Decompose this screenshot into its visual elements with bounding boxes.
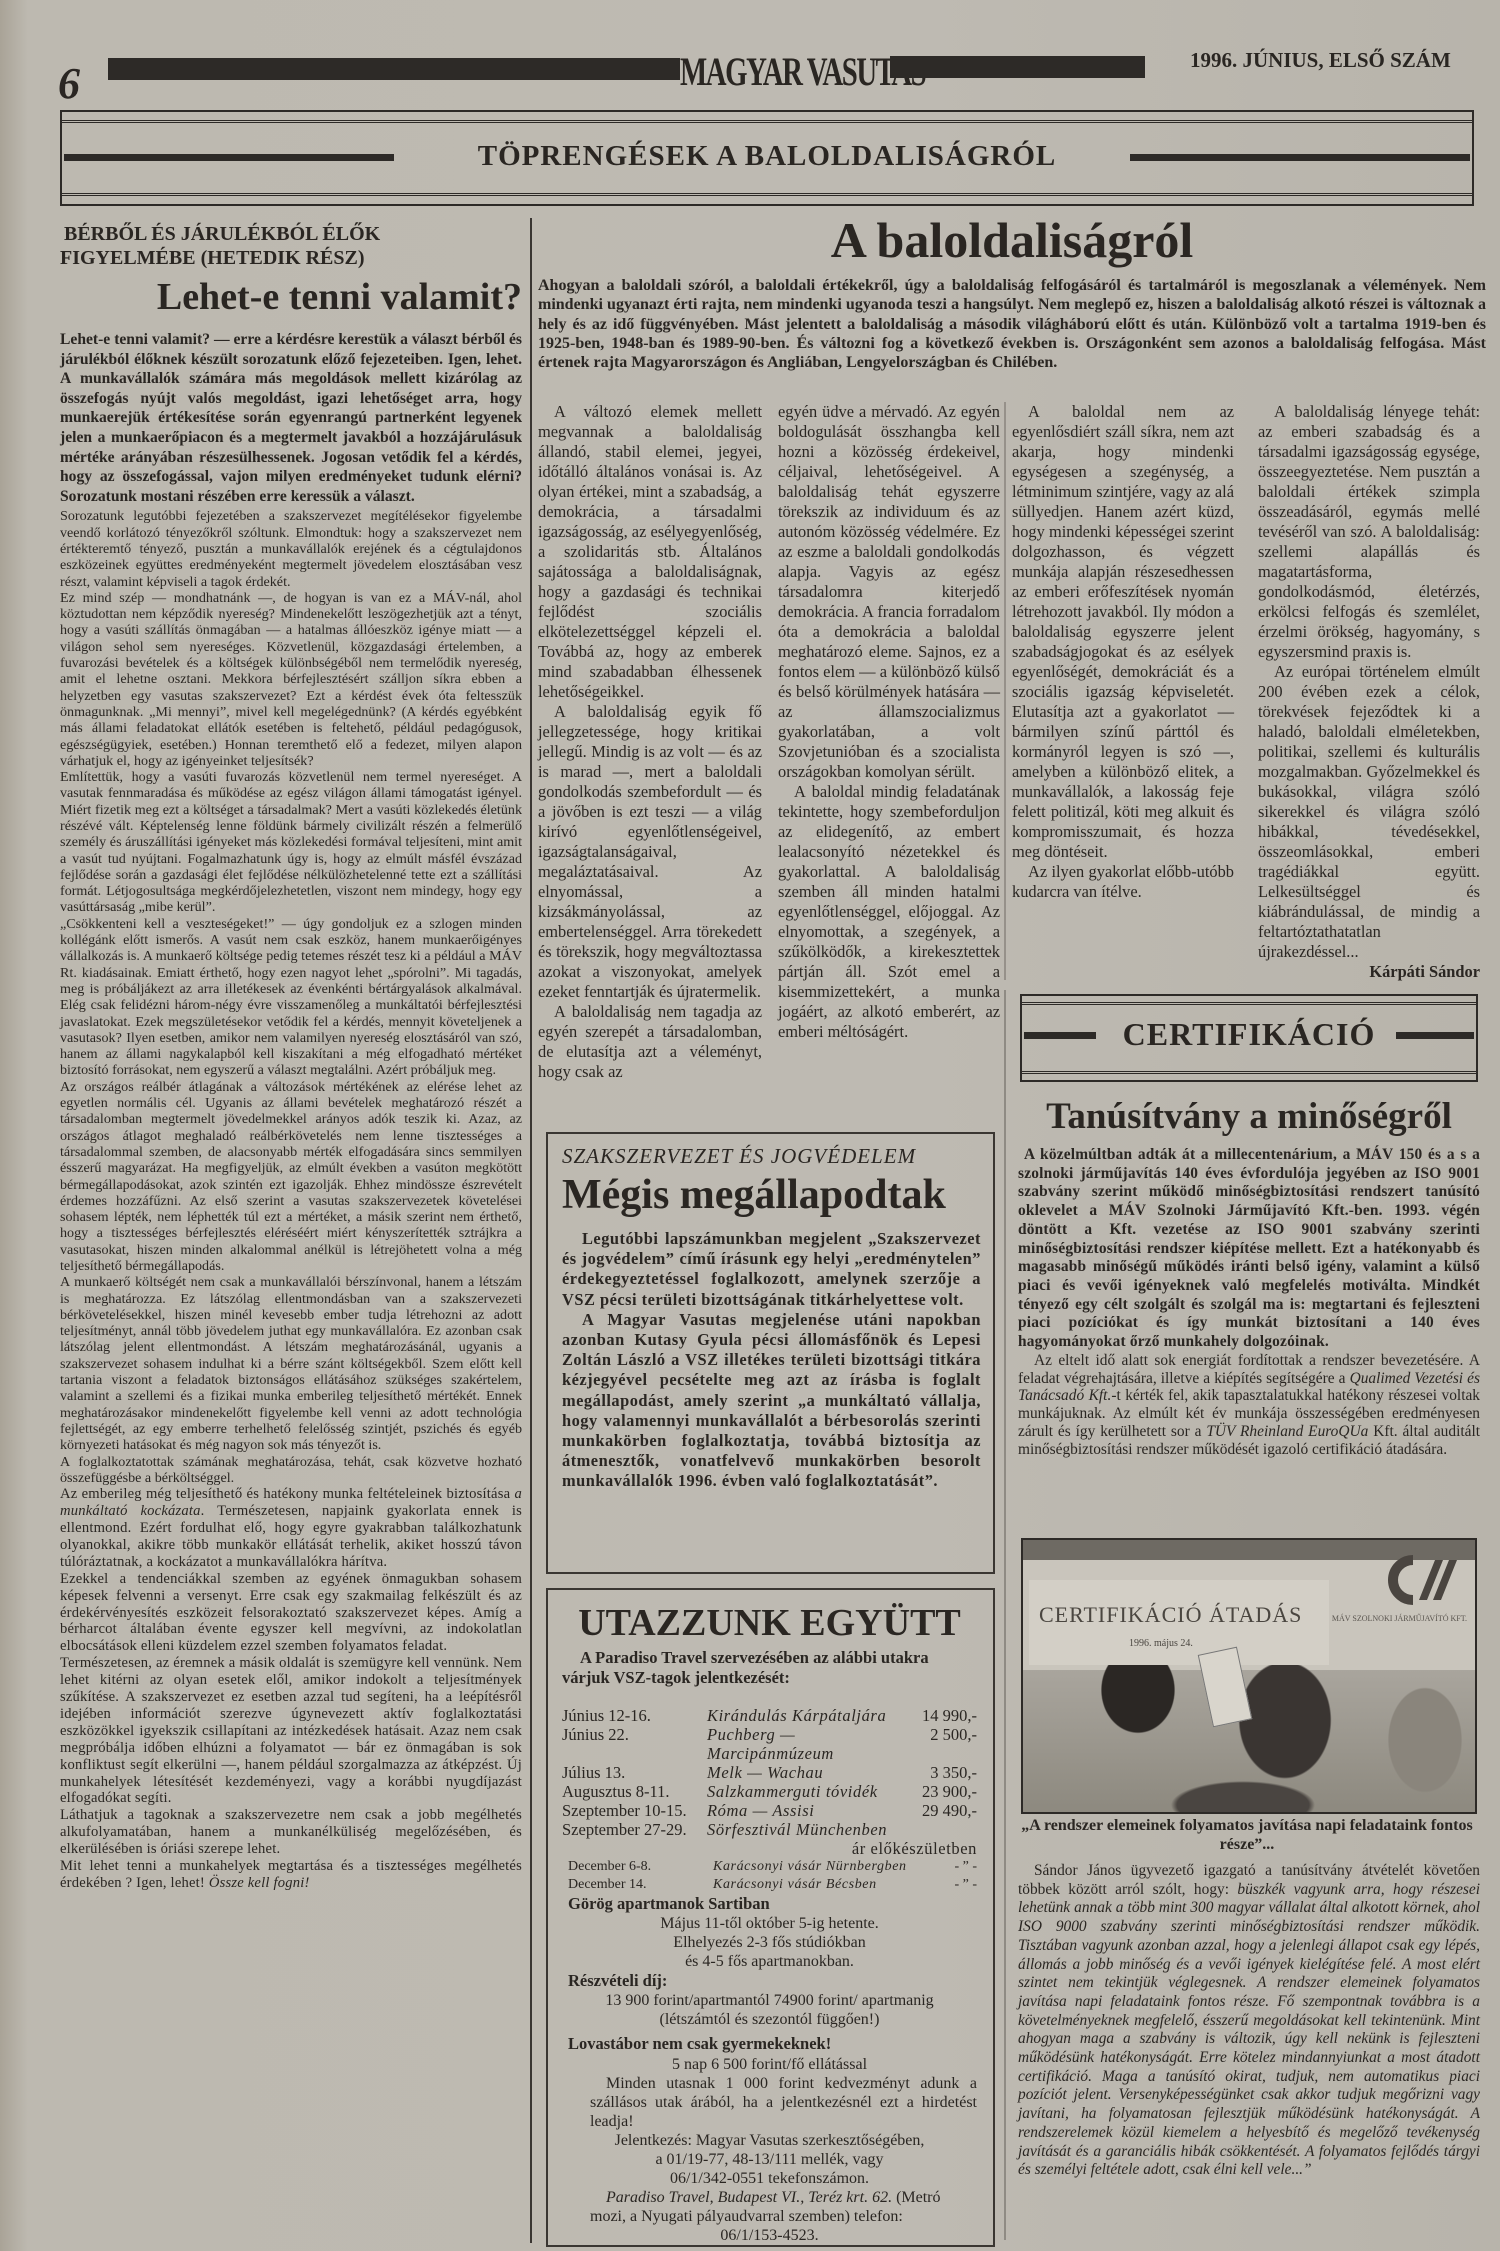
trip-date: Június 22. [562,1725,707,1763]
paragraph: A baloldaliság lényege tehát: az emberi … [1258,402,1480,662]
trip-row: Június 22. Puchberg — Marcipánmúzeum 2 5… [562,1725,977,1763]
travel-intro: A Paradiso Travel szervezésében az alább… [562,1648,977,1688]
detail-line: 13 900 forint/apartmantól 74900 forint/ … [562,1991,977,2010]
fee-title: Részvételi díj: [562,1971,977,1991]
paragraph: Az emberileg még teljesíthető és hatékon… [60,1486,522,1571]
quote: büszkék vagyunk arra, hogy részesei lehe… [1018,1881,1480,2179]
trip-row: December 14. Karácsonyi vásár Bécsben - … [562,1876,977,1894]
article-body: Sorozatunk legutóbbi fejezetében a szaks… [60,508,522,1486]
trip-name: Kirándulás Kárpátaljára [707,1706,912,1725]
detail-line: (létszámtól és szezontól függően!) [562,2010,977,2029]
contact-line: Jelentkezés: Magyar Vasutas szerkesztősé… [562,2131,977,2150]
paragraph: A foglalkoztatottak számának meghatározá… [60,1454,522,1487]
paragraph: A Magyar Vasutas megjelenése utáni napok… [562,1310,981,1492]
trip-price: 14 990,- [912,1706,977,1725]
greek-details: Május 11-től október 5-ig hetente. Elhel… [562,1914,977,1971]
ceremony-photo: CERTIFIKÁCIÓ ÁTADÁS 1996. május 24. MÁV … [1021,1538,1477,1814]
address: Paradiso Travel, Budapest VI., Teréz krt… [562,2188,977,2226]
trip-date: December 6-8. [568,1858,713,1876]
trip-row: Július 13. Melk — Wachau 3 350,- [562,1763,977,1782]
main-column-4: A baloldaliság lényege tehát: az emberi … [1258,402,1480,982]
contact: Jelentkezés: Magyar Vasutas szerkesztősé… [562,2131,977,2188]
trip-row: Augusztus 8-11. Salzkammerguti tóvidék 2… [562,1782,977,1801]
main-column-3: A baloldal nem az egyenlősdiért száll sí… [1012,402,1234,902]
article-lead: Lehet-e tenni valamit? — erre a kérdésre… [60,330,522,506]
trip-row: Június 12-16. Kirándulás Kárpátaljára 14… [562,1706,977,1725]
article-headline: Lehet-e tenni valamit? [60,274,522,320]
paragraph: Az ilyen gyakorlat előbb-utóbb kudarcra … [1012,862,1234,902]
sign-date: 1996. május 24. [1129,1638,1193,1649]
trip-date: December 14. [568,1876,713,1894]
paragraph: A baloldal nem az egyenlősdiért száll sí… [1012,402,1234,862]
banner-rule-right [1396,1032,1474,1039]
company-name: TÜV Rheinland EuroQUa [1206,1423,1368,1440]
detail-line: Elhelyezés 2-3 fős stúdiókban [562,1933,977,1952]
main-column-2: egyén üdve a mérvadó. Az egyén boldogulá… [778,402,1000,1042]
photo-caption: „A rendszer elemeinek folyamatos javítás… [1020,1816,1474,1854]
paragraph: A baloldaliság nem tagadja az egyén szer… [538,1002,762,1082]
trip-date: Augusztus 8-11. [562,1782,707,1801]
travel-box: UTAZZUNK EGYÜTT A Paradiso Travel szerve… [546,1588,995,2247]
issue-date: 1996. JÚNIUS, ELSŐ SZÁM [1190,48,1451,73]
detail-line: Május 11-től október 5-ig hetente. [562,1914,977,1933]
box-body: Legutóbbi lapszámunkban megjelent „Szaks… [562,1229,981,1492]
main-article: A baloldaliságról Ahogyan a baloldali sz… [538,210,1486,372]
paragraph: Ezekkel a tendenciákkal szemben az egyén… [60,1571,522,1656]
paragraph: Természetesen, az éremnek a másik oldalá… [60,1655,522,1807]
article-body-continued: Az emberileg még teljesíthető és hatékon… [60,1486,522,1892]
banner-rule-right [1130,154,1470,161]
masthead-title: MAGYAR VASUTAS [680,48,925,95]
cert-article: Tanúsítvány a minőségről A közelmúltban … [1018,1094,1480,1459]
trip-price: 3 350,- [912,1763,977,1782]
horse-camp-title: Lovastábor nem csak gyermekeknek! [562,2033,977,2055]
cert-quote: Sándor János ügyvezető igazgató a tanúsí… [1018,1862,1480,2180]
paragraph: Láthatjuk a tagoknak a szakszervezetre n… [60,1807,522,1858]
newspaper-page: 6 MAGYAR VASUTAS 1996. JÚNIUS, ELSŐ SZÁM… [0,0,1500,2251]
trip-date: Július 13. [562,1763,707,1782]
trip-name: Sörfesztivál Münchenben [707,1820,912,1839]
box-kicker: SZAKSZERVEZET ÉS JOGVÉDELEM [562,1144,981,1169]
photo-sign: CERTIFIKÁCIÓ ÁTADÁS 1996. május 24. [1029,1580,1329,1665]
paragraph: Az európai történelem elmúlt 200 évében … [1258,662,1480,962]
paragraph: A munkaerő költségét nem csak a munkavál… [60,1274,522,1453]
column-divider [530,218,532,2243]
trip-date: Június 12-16. [562,1706,707,1725]
trip-name: Karácsonyi vásár Nürnbergben [713,1858,912,1876]
emphasis: Össze kell fogni! [209,1875,310,1891]
trip-date: Szeptember 27-29. [562,1820,707,1839]
paragraph: A baloldaliság egyik fő jellegzetessége,… [538,702,762,1002]
phone-number: 06/1/153-4523. [562,2226,977,2245]
union-box: SZAKSZERVEZET ÉS JOGVÉDELEM Mégis megáll… [546,1132,995,1574]
trip-name: Karácsonyi vásár Bécsben [713,1876,912,1894]
column-divider [1004,402,1006,980]
price-pending-note: ár előkészületben [562,1839,977,1858]
text: Az emberileg még teljesíthető és hatékon… [60,1486,515,1502]
column-divider [1004,990,1006,2240]
fee-details: 13 900 forint/apartmantól 74900 forint/ … [562,1991,977,2029]
cert-banner: CERTIFIKÁCIÓ [1020,994,1478,1082]
travel-headline: UTAZZUNK EGYÜTT [562,1598,977,1648]
masthead-rule-right [890,56,1145,78]
trip-row: December 6-8. Karácsonyi vásár Nürnbergb… [562,1858,977,1876]
paragraph: egyén üdve a mérvadó. Az egyén boldogulá… [778,402,1000,782]
article-kicker-2: FIGYELMÉBE (HETEDIK RÉSZ) [60,246,522,270]
contact-line: 06/1/342-0551 tekefonszámon. [562,2169,977,2188]
paragraph: „Csökkenteni kell a veszteségeket!” — úg… [60,916,522,1079]
trip-price: 2 500,- [912,1725,977,1763]
box-headline: Mégis megállapodtak [562,1169,981,1221]
article-kicker-1: BÉRBŐL ÉS JÁRULÉKBÓL ÉLŐK [60,222,522,246]
trip-date: Szeptember 10-15. [562,1801,707,1820]
sign-text: CERTIFIKÁCIÓ ÁTADÁS [1039,1602,1302,1628]
paragraph: A változó elemek mellett megvannak a bal… [538,402,762,702]
address-name: Paradiso Travel, Budapest VI., Teréz krt… [606,2189,892,2206]
logo-text: MÁV SZOLNOKI JÁRMŰJAVÍTÓ KFT. [1332,1614,1467,1624]
left-article: BÉRBŐL ÉS JÁRULÉKBÓL ÉLŐK FIGYELMÉBE (HE… [60,222,522,1892]
paragraph: Említettük, hogy a vasúti fuvarozás közv… [60,769,522,916]
author-signature: Kárpáti Sándor [1258,962,1480,982]
trip-name: Melk — Wachau [707,1763,912,1782]
detail-line: és 4-5 fős apartmanokban. [562,1952,977,1971]
trip-price: 29 490,- [912,1801,977,1820]
paragraph: Legutóbbi lapszámunkban megjelent „Szaks… [562,1229,981,1310]
paragraph: A baloldal mindig feladatának tekintette… [778,782,1000,1042]
trip-price: - ” - [912,1858,977,1876]
contact-line: a 01/19-77, 48-13/111 mellék, vagy [562,2150,977,2169]
trip-name: Salzkammerguti tóvidék [707,1782,912,1801]
trip-name: Róma — Assisi [707,1801,912,1820]
paragraph: Ez mind szép — mondhatnánk —, de hogyan … [60,590,522,769]
cert-paragraph: Az eltelt idő alatt sok energiát fordíto… [1018,1352,1480,1459]
trip-price: - ” - [912,1876,977,1894]
trip-row: Szeptember 10-15. Róma — Assisi 29 490,- [562,1801,977,1820]
mav-logo-icon [1383,1554,1461,1608]
paragraph: Az országos reálbér átlagának a változás… [60,1079,522,1275]
discount-note: Minden utasnak 1 000 forint kedvezményt … [562,2074,977,2131]
page-number: 6 [58,58,80,109]
horse-camp-line: 5 nap 6 500 forint/fő ellátással [562,2055,977,2074]
main-column-1: A változó elemek mellett megvannak a bal… [538,402,762,1082]
cert-headline: Tanúsítvány a minőségről [1018,1094,1480,1140]
greek-title: Görög apartmanok Sartiban [562,1894,977,1914]
paragraph: Mit lehet tenni a munkahelyek megtartása… [60,1858,522,1892]
trip-name: Puchberg — Marcipánmúzeum [707,1725,912,1763]
paragraph: Sorozatunk legutóbbi fejezetében a szaks… [60,508,522,589]
cert-lead: A közelmúltban adták át a millecentenári… [1018,1146,1480,1352]
main-lead: Ahogyan a baloldali szóról, a baloldali … [538,276,1486,372]
section-banner: TÖPRENGÉSEK A BALOLDALISÁGRÓL [60,110,1474,206]
trip-price: 23 900,- [912,1782,977,1801]
main-headline: A baloldaliságról [538,210,1486,270]
trip-price [912,1820,977,1839]
trip-row: Szeptember 27-29. Sörfesztivál Münchenbe… [562,1820,977,1839]
masthead-rule-left [108,58,680,80]
